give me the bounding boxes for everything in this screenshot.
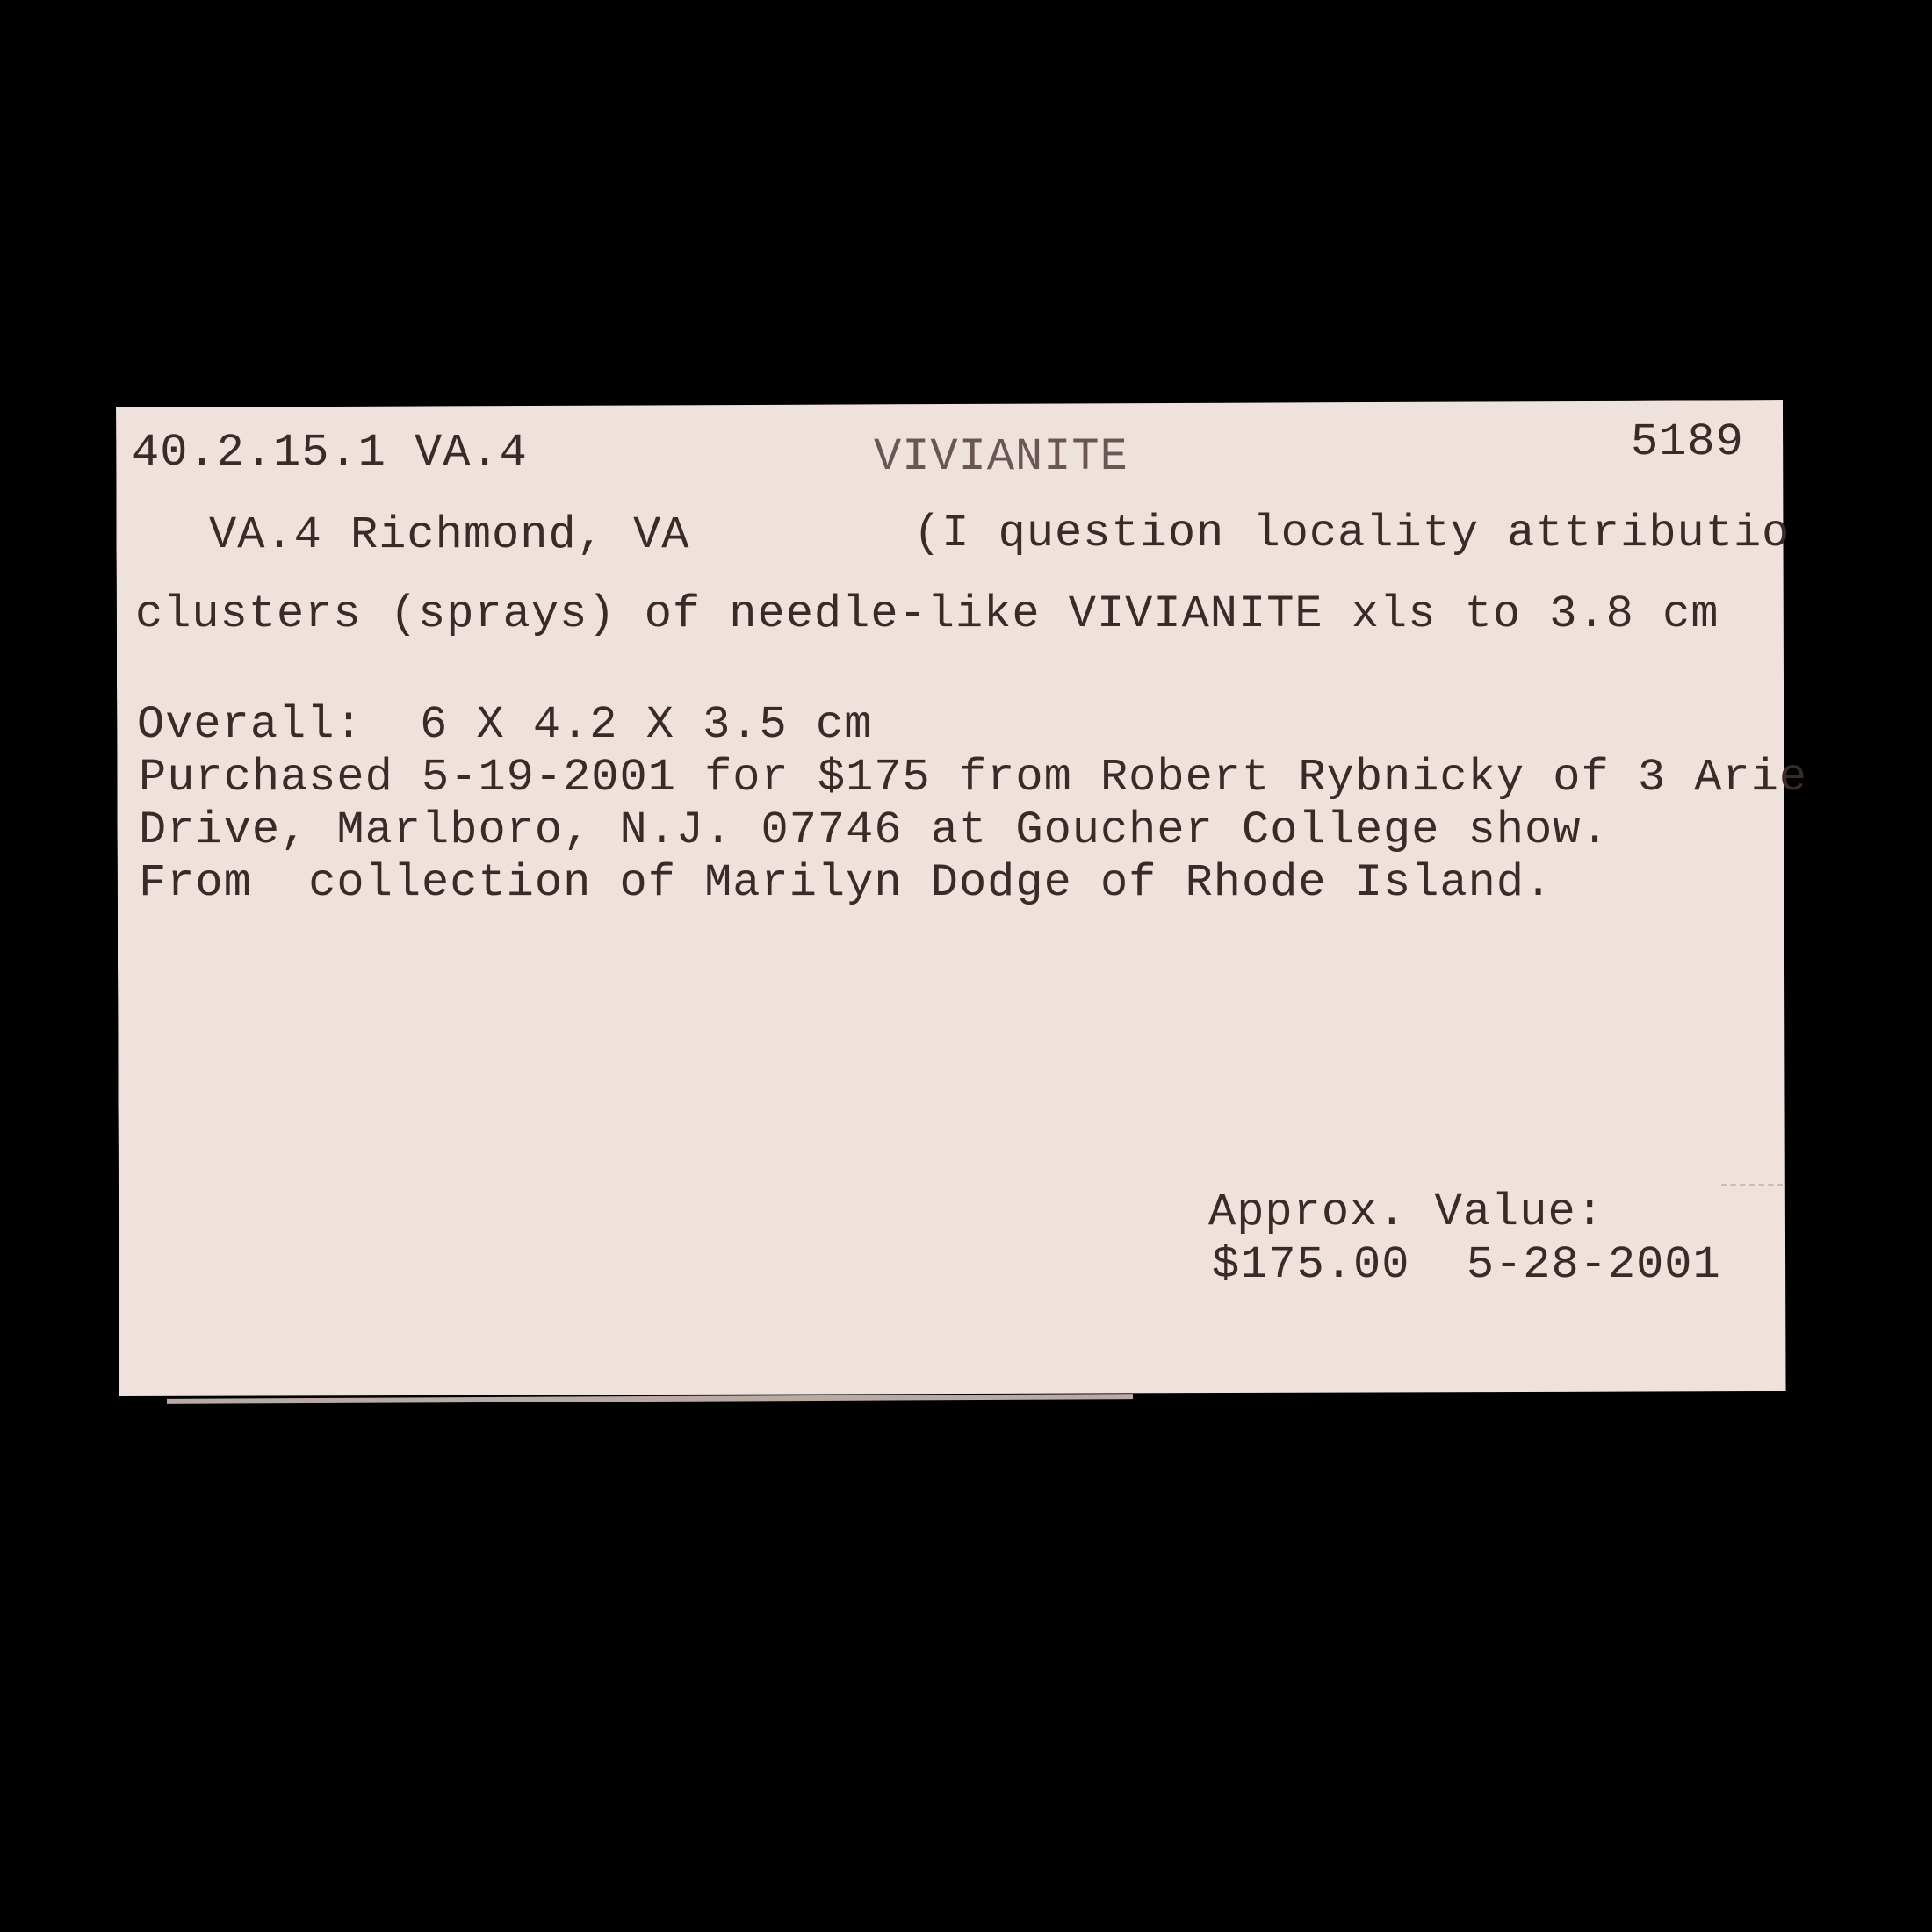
catalog-code: 40.2.15.1 VA.4 xyxy=(132,430,528,476)
provenance-line: Purchased 5-19-2001 for $175 from Robert… xyxy=(139,755,1807,801)
specimen-description: clusters (sprays) of needle-like VIVIANI… xyxy=(135,592,1719,638)
approx-value-line: $175.00 5-28-2001 xyxy=(1212,1243,1721,1288)
mineral-name: VIVIANITE xyxy=(874,435,1128,480)
perforation-marks xyxy=(1721,1184,1783,1186)
locality: VA.4 Richmond, VA xyxy=(209,513,690,559)
provenance-line: Drive, Marlboro, N.J. 07746 at Goucher C… xyxy=(139,808,1610,854)
approx-value-amount: $175.00 xyxy=(1212,1239,1409,1291)
specimen-number: 5189 xyxy=(1631,420,1744,465)
value-spacer xyxy=(1409,1239,1466,1291)
overall-dimensions: Overall: 6 X 4.2 X 3.5 cm xyxy=(137,703,872,748)
approx-value-date: 5-28-2001 xyxy=(1467,1239,1721,1291)
locality-note: (I question locality attributio xyxy=(913,511,1790,557)
provenance-line: From collection of Marilyn Dodge of Rhod… xyxy=(139,861,1553,906)
approx-value-label: Approx. Value: xyxy=(1208,1190,1604,1236)
